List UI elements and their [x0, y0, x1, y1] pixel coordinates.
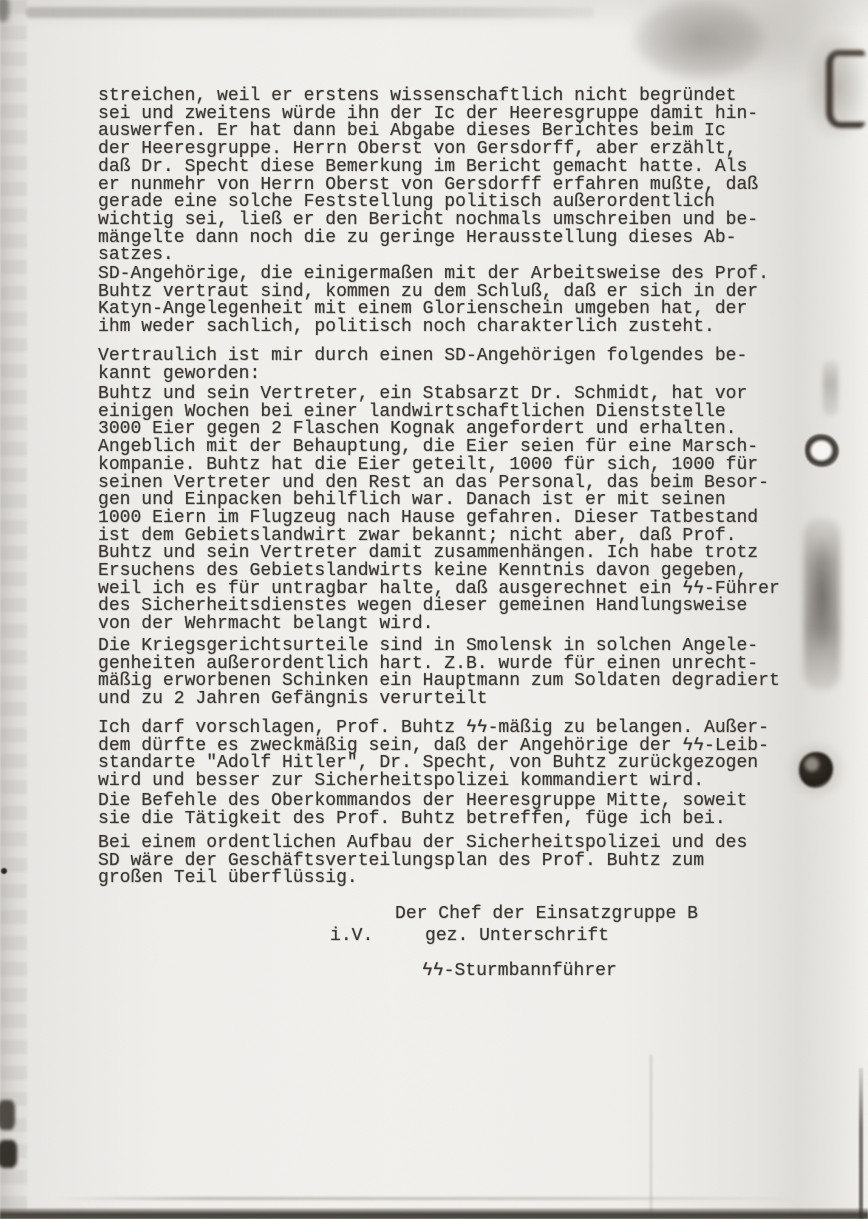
scanned-document-page: streichen, weil er erstens wissenschaftl… — [0, 0, 868, 1219]
paper-grain-texture — [0, 0, 868, 1219]
